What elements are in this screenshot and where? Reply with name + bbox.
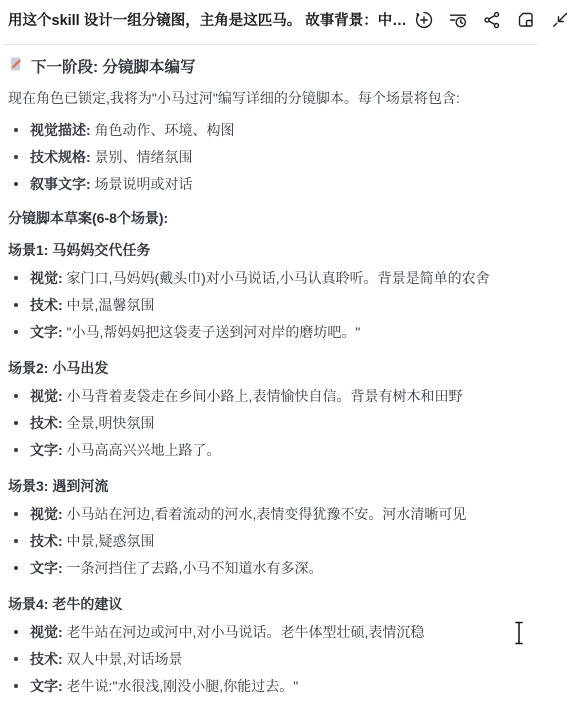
scene-title: 场景1: 马妈妈交代任务 [8,240,564,260]
float-window-icon[interactable] [515,9,536,30]
new-chat-icon[interactable] [413,9,434,30]
history-icon[interactable] [447,9,468,30]
share-icon[interactable] [481,9,502,30]
list-item: 视觉: 小马背着麦袋走在乡间小路上,表情愉快自信。背景有树木和田野 [8,386,564,406]
next-stage-heading-text: 下一阶段: 分镜脚本编写 [31,57,195,79]
list-item: 技术: 全景,明快氛围 [8,413,564,433]
list-item: 视觉: 老牛站在河边或河中,对小马说话。老牛体型壮硕,表情沉稳 [8,622,564,642]
list-item: 视觉: 家门口,马妈妈(戴头巾)对小马说话,小马认真聆听。背景是简单的农舍 [8,268,564,288]
list-item: 文字: 老牛说:"水很浅,刚没小腿,你能过去。" [8,676,564,696]
list-item: 视觉: 小马站在河边,看着流动的河水,表情变得犹豫不安。河水清晰可见 [8,504,564,524]
user-message-preview[interactable]: 用这个skill 设计一组分镜图，主角是这匹马。 故事背景：中… [8,9,405,30]
titlebar: 用这个skill 设计一组分镜图，主角是这匹马。 故事背景：中… [0,0,576,37]
intro-paragraph: 现在角色已锁定,我将为"小马过河"编写详细的分镜脚本。每个场景将包含: [8,88,564,108]
memo-icon [8,56,24,79]
list-item: 文字: 一条河挡住了去路,小马不知道水有多深。 [8,558,564,578]
list-item: 技术: 中景,温馨氛围 [8,295,564,315]
scene-3: 场景3: 遇到河流 视觉: 小马站在河边,看着流动的河水,表情变得犹豫不安。河水… [8,476,564,578]
scene-4: 场景4: 老牛的建议 视觉: 老牛站在河边或河中,对小马说话。老牛体型壮硕,表情… [8,594,564,696]
list-item: 技术: 双人中景,对话场景 [8,649,564,669]
scene-title: 场景4: 老牛的建议 [8,594,564,614]
scene-title: 场景3: 遇到河流 [8,476,564,496]
list-item: 文字: 小马高高兴兴地上路了。 [8,440,564,460]
scene-title: 场景2: 小马出发 [8,358,564,378]
scene-2: 场景2: 小马出发 视觉: 小马背着麦袋走在乡间小路上,表情愉快自信。背景有树木… [8,358,564,460]
titlebar-actions [413,9,570,30]
text-cursor [512,620,526,651]
list-item: 视觉描述: 角色动作、环境、构图 [8,120,564,140]
assistant-message: 下一阶段: 分镜脚本编写 现在角色已锁定,我将为"小马过河"编写详细的分镜脚本。… [0,56,576,696]
list-item: 文字: "小马,帮妈妈把这袋麦子送到河对岸的磨坊吧。" [8,322,564,342]
collapse-icon[interactable] [549,9,570,30]
list-item: 技术: 中景,疑惑氛围 [8,531,564,551]
next-stage-heading: 下一阶段: 分镜脚本编写 [8,56,564,79]
scene-1: 场景1: 马妈妈交代任务 视觉: 家门口,马妈妈(戴头巾)对小马说话,小马认真聆… [8,240,564,342]
list-item: 技术规格: 景别、情绪氛围 [8,147,564,167]
draft-heading: 分镜脚本草案(6-8个场景): [8,208,564,228]
titlebar-divider [4,44,537,45]
feature-list: 视觉描述: 角色动作、环境、构图 技术规格: 景别、情绪氛围 叙事文字: 场景说… [8,120,564,194]
list-item: 叙事文字: 场景说明或对话 [8,174,564,194]
